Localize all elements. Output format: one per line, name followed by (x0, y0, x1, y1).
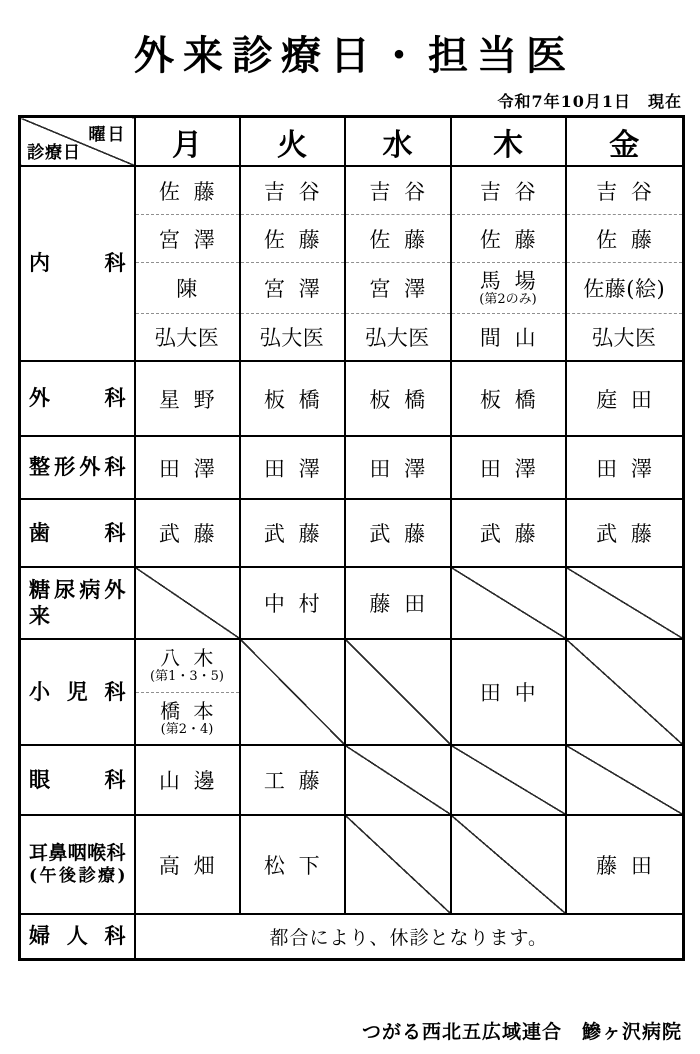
hospital-name: つがる西北五広域連合 鰺ヶ沢病院 (18, 1017, 682, 1044)
page-title: 外来診療日・担当医 (0, 0, 700, 87)
closed-cell-jibi-wed (345, 815, 451, 914)
corner-weekday-label: 曜日 (89, 120, 127, 145)
stacked-entry-1: 八 木 (第1・3・5) (136, 640, 239, 692)
closed-cell-jibi-thu (451, 815, 566, 914)
dept-label-fujinka: 婦人科 (20, 914, 135, 960)
dept-label-ganka-text: 眼科 (21, 767, 134, 793)
day-header-fri: 金 (566, 117, 684, 167)
cell-naika2-tue: 佐 藤 (240, 215, 345, 263)
cell-naika4-mon: 弘大医 (135, 314, 240, 362)
row-ganka: 眼科 山 邊 工 藤 (20, 745, 684, 815)
cell-jibi-fri: 藤 田 (566, 815, 684, 914)
doctor-name: 橋 本 (136, 700, 239, 723)
cell-seikei-tue: 田 澤 (240, 436, 345, 499)
dept-label-shonika: 小児科 (20, 639, 135, 745)
cell-naika3-mon: 陳 (135, 263, 240, 314)
closed-cell-tonyobyo-fri (566, 567, 684, 639)
cell-naika4-thu: 間 山 (451, 314, 566, 362)
cell-naika2-mon: 宮 澤 (135, 215, 240, 263)
dept-label-shika-text: 歯科 (21, 520, 134, 546)
closed-cell-tonyobyo-mon (135, 567, 240, 639)
cell-naika2-fri: 佐 藤 (566, 215, 684, 263)
row-geka: 外科 星 野 板 橋 板 橋 板 橋 庭 田 (20, 361, 684, 436)
cell-geka-tue: 板 橋 (240, 361, 345, 436)
stacked-entry-2: 橋 本 (第2・4) (136, 692, 239, 745)
cell-geka-fri: 庭 田 (566, 361, 684, 436)
cell-naika4-fri: 弘大医 (566, 314, 684, 362)
cell-tonyobyo-tue: 中 村 (240, 567, 345, 639)
dept-label-naika: 内科 (20, 166, 135, 361)
cell-naika1-fri: 吉 谷 (566, 166, 684, 215)
row-fujinka: 婦人科 都合により、休診となります。 (20, 914, 684, 960)
cell-geka-wed: 板 橋 (345, 361, 451, 436)
row-tonyobyo: 糖尿病外来 中 村 藤 田 (20, 567, 684, 639)
closed-notice: 都合により、休診となります。 (135, 914, 684, 960)
cell-tonyobyo-wed: 藤 田 (345, 567, 451, 639)
cell-shonika-mon: 八 木 (第1・3・5) 橋 本 (第2・4) (135, 639, 240, 745)
row-jibi-inkoka: 耳鼻咽喉科 (午後診療) 高 畑 松 下 藤 田 (20, 815, 684, 914)
row-seikei-geka: 整形外科 田 澤 田 澤 田 澤 田 澤 田 澤 (20, 436, 684, 499)
closed-cell-ganka-fri (566, 745, 684, 815)
cell-naika3-fri: 佐藤(絵) (566, 263, 684, 314)
dept-label-tonyobyo: 糖尿病外来 (20, 567, 135, 639)
cell-naika1-mon: 佐 藤 (135, 166, 240, 215)
day-header-wed: 水 (345, 117, 451, 167)
closed-cell-ganka-thu (451, 745, 566, 815)
cell-shika-tue: 武 藤 (240, 499, 345, 567)
cell-naika2-wed: 佐 藤 (345, 215, 451, 263)
doctor-name: 馬 場 (452, 269, 565, 293)
dept-label-geka: 外科 (20, 361, 135, 436)
day-header-mon: 月 (135, 117, 240, 167)
corner-cell: 曜日 診療日 (20, 117, 135, 167)
cell-geka-thu: 板 橋 (451, 361, 566, 436)
cell-jibi-tue: 松 下 (240, 815, 345, 914)
cell-geka-mon: 星 野 (135, 361, 240, 436)
dept-label-jibi-inkoka: 耳鼻咽喉科 (午後診療) (20, 815, 135, 914)
doctor-note: (第1・3・5) (136, 670, 239, 684)
cell-naika2-thu: 佐 藤 (451, 215, 566, 263)
cell-seikei-wed: 田 澤 (345, 436, 451, 499)
stacked-doctors: 八 木 (第1・3・5) 橋 本 (第2・4) (136, 640, 239, 744)
dept-label-shonika-text: 小児科 (21, 679, 134, 705)
cell-ganka-mon: 山 邊 (135, 745, 240, 815)
dept-label-jibi-inkoka-text: 耳鼻咽喉科 (21, 842, 134, 866)
cell-seikei-thu: 田 澤 (451, 436, 566, 499)
cell-naika4-tue: 弘大医 (240, 314, 345, 362)
row-shika: 歯科 武 藤 武 藤 武 藤 武 藤 武 藤 (20, 499, 684, 567)
dept-label-fujinka-text: 婦人科 (21, 923, 134, 949)
corner-clinic-day-label: 診療日 (27, 138, 81, 163)
cell-seikei-fri: 田 澤 (566, 436, 684, 499)
dept-label-jibi-inkoka-note: (午後診療) (21, 866, 134, 887)
page: 外来診療日・担当医 令和7年10月1日 現在 曜日 診療日 月 火 水 木 金 … (0, 0, 700, 1054)
doctor-note: (第2・4) (136, 723, 239, 737)
cell-jibi-mon: 高 畑 (135, 815, 240, 914)
dept-label-seikei-geka: 整形外科 (20, 436, 135, 499)
day-header-tue: 火 (240, 117, 345, 167)
dept-label-tonyobyo-text: 糖尿病外来 (21, 577, 134, 630)
cell-naika1-tue: 吉 谷 (240, 166, 345, 215)
closed-cell-tonyobyo-thu (451, 567, 566, 639)
closed-cell-shonika-wed (345, 639, 451, 745)
cell-shika-wed: 武 藤 (345, 499, 451, 567)
dept-label-ganka: 眼科 (20, 745, 135, 815)
cell-shika-thu: 武 藤 (451, 499, 566, 567)
row-naika-1: 内科 佐 藤 吉 谷 吉 谷 吉 谷 吉 谷 (20, 166, 684, 215)
cell-naika1-thu: 吉 谷 (451, 166, 566, 215)
dept-label-shika: 歯科 (20, 499, 135, 567)
as-of-date: 令和7年10月1日 現在 (18, 89, 682, 112)
cell-ganka-tue: 工 藤 (240, 745, 345, 815)
cell-naika3-wed: 宮 澤 (345, 263, 451, 314)
cell-seikei-mon: 田 澤 (135, 436, 240, 499)
cell-naika4-wed: 弘大医 (345, 314, 451, 362)
cell-naika1-wed: 吉 谷 (345, 166, 451, 215)
row-shonika: 小児科 八 木 (第1・3・5) 橋 本 (第2・4) 田 中 (20, 639, 684, 745)
dept-label-naika-text: 内科 (21, 250, 134, 276)
doctor-name: 八 木 (136, 647, 239, 670)
schedule-table: 曜日 診療日 月 火 水 木 金 内科 佐 藤 吉 谷 吉 谷 吉 谷 吉 谷 … (18, 115, 685, 961)
header-row: 曜日 診療日 月 火 水 木 金 (20, 117, 684, 167)
closed-cell-shonika-tue (240, 639, 345, 745)
day-header-thu: 木 (451, 117, 566, 167)
cell-shika-mon: 武 藤 (135, 499, 240, 567)
closed-cell-shonika-fri (566, 639, 684, 745)
closed-cell-ganka-wed (345, 745, 451, 815)
doctor-note: (第2のみ) (452, 293, 565, 307)
dept-label-geka-text: 外科 (21, 385, 134, 411)
cell-naika3-tue: 宮 澤 (240, 263, 345, 314)
dept-label-seikei-geka-text: 整形外科 (21, 454, 134, 480)
cell-shonika-thu: 田 中 (451, 639, 566, 745)
cell-naika3-thu: 馬 場 (第2のみ) (451, 263, 566, 314)
cell-shika-fri: 武 藤 (566, 499, 684, 567)
